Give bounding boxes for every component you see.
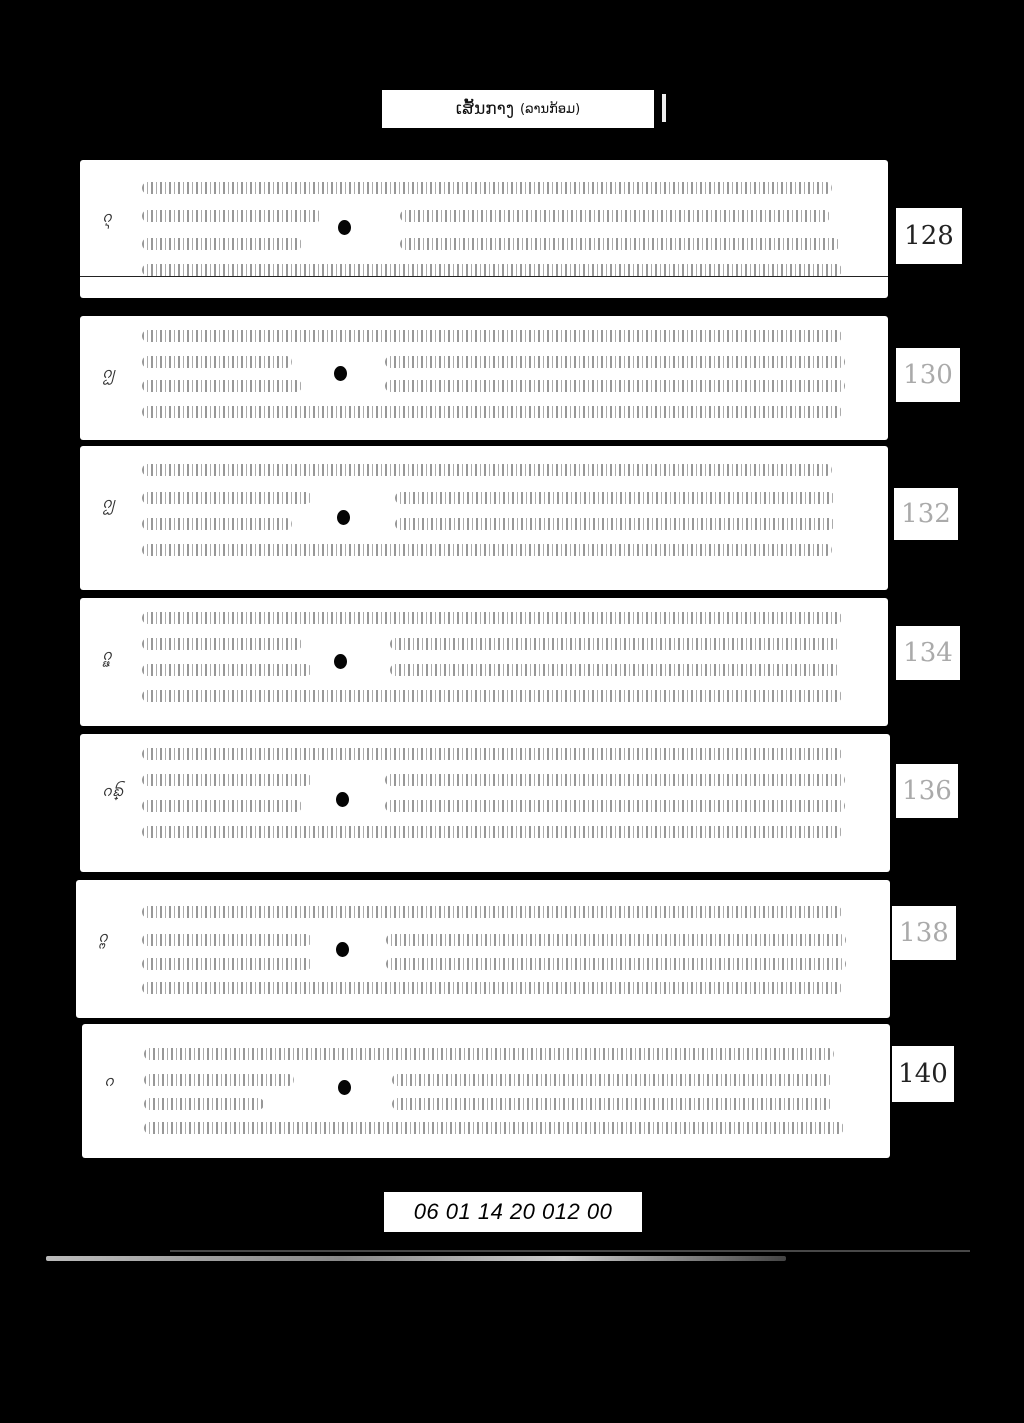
script-line (142, 210, 322, 222)
script-line (142, 664, 312, 676)
section-subtitle: (ລານກ້ອມ) (520, 102, 580, 117)
script-line (142, 958, 312, 970)
script-line (144, 1048, 834, 1060)
script-line (385, 800, 845, 812)
folio-mark: ᨣ᩠ᨷ (102, 362, 115, 386)
script-line (142, 638, 302, 650)
page-number: 128 (904, 221, 954, 251)
folio-mark: ᨣ (104, 1070, 114, 1094)
palm-leaf-5: ᨣ᩠ᨺ (80, 734, 890, 872)
string-hole (336, 942, 349, 957)
script-line (142, 690, 842, 702)
script-line (142, 330, 842, 342)
reference-code-label: 06 01 14 20 012 00 (384, 1192, 642, 1232)
string-hole (336, 792, 349, 807)
script-line (142, 518, 292, 530)
script-line (144, 1122, 844, 1134)
script-line (142, 264, 842, 276)
string-hole (334, 654, 347, 669)
page-number-box: 134 (896, 626, 960, 680)
section-title: ເສັ້ນກາງ (456, 99, 514, 119)
script-line (385, 774, 845, 786)
string-hole (334, 366, 347, 381)
script-line (400, 238, 840, 250)
script-line (386, 958, 846, 970)
page-number: 140 (898, 1059, 948, 1089)
palm-leaf-1: ᨣ᩠ᨶ (80, 160, 888, 298)
ruled-line (80, 276, 888, 277)
script-line (142, 906, 842, 918)
script-line (142, 612, 842, 624)
script-line (142, 748, 842, 760)
folio-mark: ᨣ᩠ᨶ (102, 206, 112, 230)
folio-mark: ᨣ᩠ᨺ (102, 780, 124, 804)
film-marker (662, 94, 666, 122)
palm-leaf-4: ᨣ᩠ᨹ (80, 598, 888, 726)
script-line (392, 1074, 832, 1086)
script-line (385, 380, 845, 392)
palm-leaf-2: ᨣ᩠ᨷ (80, 316, 888, 440)
page-number-box: 140 (892, 1046, 954, 1102)
script-line (395, 492, 835, 504)
page-number-box: 132 (894, 488, 958, 540)
script-line (142, 774, 312, 786)
script-line (142, 464, 832, 476)
page-number: 136 (902, 776, 952, 806)
script-line (142, 982, 842, 994)
script-line (142, 182, 832, 194)
script-line (385, 356, 845, 368)
script-line (390, 638, 840, 650)
page-number-box: 128 (896, 208, 962, 264)
reference-code: 06 01 14 20 012 00 (414, 1199, 613, 1225)
folio-mark: ᨣ᩠ᨻ (98, 926, 108, 950)
palm-leaf-7: ᨣ (82, 1024, 890, 1158)
folio-mark: ᨣ᩠ᨸ (102, 492, 115, 516)
script-line (400, 210, 830, 222)
string-hole (338, 220, 351, 235)
script-line (390, 664, 840, 676)
page-number-box: 136 (896, 764, 958, 818)
string-hole (338, 1080, 351, 1095)
script-line (142, 800, 302, 812)
script-line (142, 492, 312, 504)
script-line (142, 826, 842, 838)
page-number: 134 (903, 638, 953, 668)
script-line (386, 934, 846, 946)
page-number: 132 (901, 499, 951, 529)
string-hole (337, 510, 350, 525)
script-line (142, 238, 302, 250)
palm-leaf-6: ᨣ᩠ᨻ (76, 880, 890, 1018)
script-line (142, 380, 302, 392)
page-number-box: 130 (896, 348, 960, 402)
script-line (144, 1074, 294, 1086)
script-line (142, 406, 842, 418)
script-line (142, 356, 292, 368)
section-title-label: ເສັ້ນກາງ (ລານກ້ອມ) (382, 90, 654, 128)
page-number: 130 (903, 360, 953, 390)
script-line (142, 544, 832, 556)
script-line (144, 1098, 264, 1110)
film-edge-line (46, 1256, 786, 1261)
page-number: 138 (899, 918, 949, 948)
folio-mark: ᨣ᩠ᨹ (102, 644, 112, 668)
script-line (395, 518, 835, 530)
film-edge-line (170, 1250, 970, 1252)
palm-leaf-3: ᨣ᩠ᨸ (80, 446, 888, 590)
script-line (142, 934, 312, 946)
script-line (392, 1098, 832, 1110)
page-number-box: 138 (892, 906, 956, 960)
